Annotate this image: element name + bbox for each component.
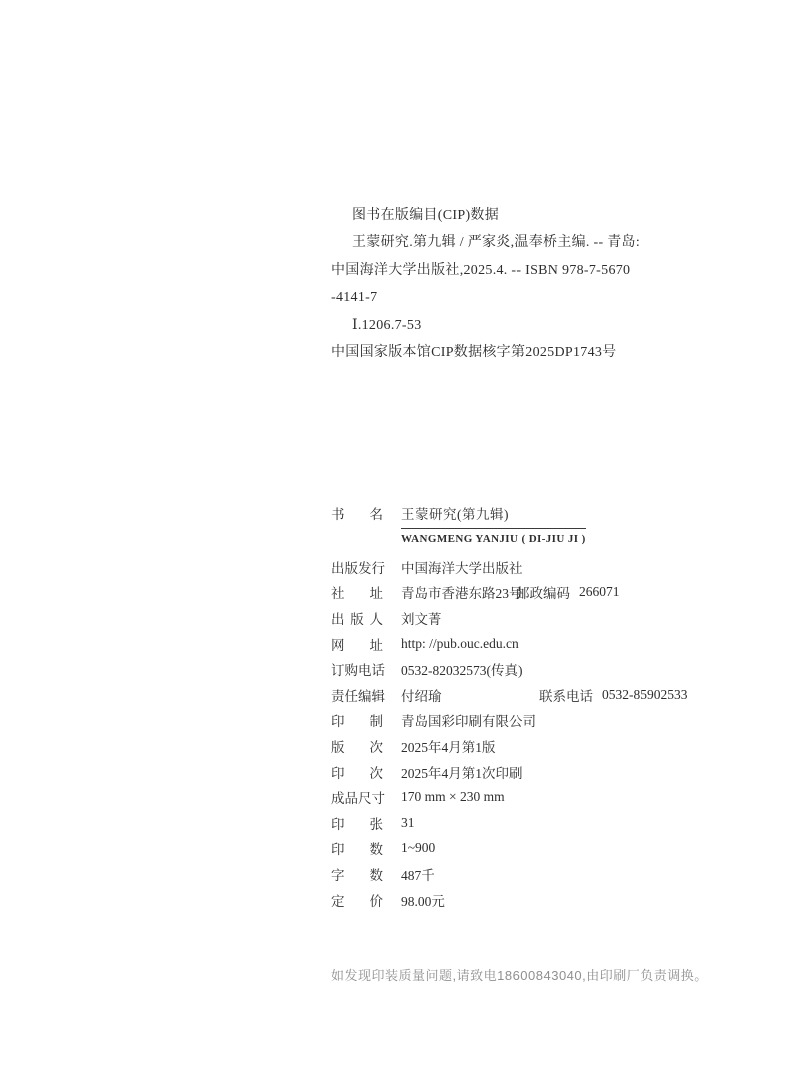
edition-row: 版次 2025年4月第1版 bbox=[331, 733, 761, 759]
row-label: 社址 bbox=[331, 582, 383, 602]
row-label: 书名 bbox=[331, 502, 383, 528]
row-value: 中国海洋大学出版社 bbox=[401, 557, 523, 577]
order-phone-row: 订购电话 0532-82032573(传真) bbox=[331, 656, 761, 682]
cip-heading: 图书在版编目(CIP)数据 bbox=[331, 202, 731, 229]
row-label: 责任编辑 bbox=[331, 685, 383, 705]
row-label: 网址 bbox=[331, 634, 383, 654]
cip-isbn-continued: -4141-7 bbox=[331, 284, 731, 311]
editor-row: 责任编辑 付绍瑜 联系电话 0532-85902533 bbox=[331, 682, 761, 708]
copyright-page: 图书在版编目(CIP)数据 王蒙研究.第九辑 / 严家炎,温奉桥主编. -- 青… bbox=[0, 0, 799, 1073]
row-value: 31 bbox=[401, 815, 415, 831]
publisher-person-row: 出版人 刘文菁 bbox=[331, 605, 761, 631]
row-label: 出版发行 bbox=[331, 557, 383, 577]
book-title-pinyin: WANGMENG YANJIU ( DI-JIU JI ) bbox=[401, 528, 586, 547]
row-value: 付绍瑜 bbox=[401, 685, 539, 705]
postal-code-label: 邮政编码 bbox=[516, 582, 570, 602]
book-title-value: 王蒙研究(第九辑) WANGMENG YANJIU ( DI-JIU JI ) bbox=[401, 502, 586, 547]
contact-phone-value: 0532-85902533 bbox=[602, 687, 688, 703]
row-value: 青岛国彩印刷有限公司 bbox=[401, 710, 536, 730]
row-value: 98.00元 bbox=[401, 890, 445, 910]
quality-complaint-note: 如发现印装质量问题,请致电18600843040,由印刷厂负责调换。 bbox=[331, 965, 708, 984]
cip-entry-line-2: 中国海洋大学出版社,2025.4. -- ISBN 978-7-5670 bbox=[331, 257, 731, 284]
row-label: 字数 bbox=[331, 864, 383, 884]
cip-entry-line-1: 王蒙研究.第九辑 / 严家炎,温奉桥主编. -- 青岛: bbox=[331, 229, 731, 256]
row-value: 2025年4月第1版 bbox=[401, 736, 496, 756]
book-title-row: 书名 王蒙研究(第九辑) WANGMENG YANJIU ( DI-JIU JI… bbox=[331, 502, 761, 554]
printer-row: 印制 青岛国彩印刷有限公司 bbox=[331, 708, 761, 734]
row-label: 版次 bbox=[331, 736, 383, 756]
row-label: 定价 bbox=[331, 890, 383, 910]
row-label: 成品尺寸 bbox=[331, 787, 383, 807]
publisher-row: 出版发行 中国海洋大学出版社 bbox=[331, 554, 761, 580]
row-label: 印次 bbox=[331, 762, 383, 782]
row-label: 印数 bbox=[331, 838, 383, 858]
cip-record-number: 中国国家版本馆CIP数据核字第2025DP1743号 bbox=[331, 339, 731, 366]
cip-class-number: Ⅰ.1206.7-53 bbox=[331, 312, 731, 339]
printing-row: 印次 2025年4月第1次印刷 bbox=[331, 759, 761, 785]
row-value: 0532-82032573(传真) bbox=[401, 659, 523, 679]
row-value: 1~900 bbox=[401, 840, 435, 856]
cip-block: 图书在版编目(CIP)数据 王蒙研究.第九辑 / 严家炎,温奉桥主编. -- 青… bbox=[331, 202, 731, 366]
website-url: http: //pub.ouc.edu.cn bbox=[401, 636, 519, 652]
book-title: 王蒙研究(第九辑) bbox=[401, 502, 509, 528]
row-value: 170 mm × 230 mm bbox=[401, 789, 505, 805]
row-value: 刘文菁 bbox=[401, 608, 442, 628]
row-label: 印张 bbox=[331, 813, 383, 833]
postal-code-value: 266071 bbox=[579, 584, 620, 600]
print-run-row: 印数 1~900 bbox=[331, 836, 761, 862]
row-label: 订购电话 bbox=[331, 659, 383, 679]
row-label: 印制 bbox=[331, 710, 383, 730]
row-value: 青岛市香港东路23号 bbox=[401, 582, 516, 602]
address-row: 社址 青岛市香港东路23号 邮政编码 266071 bbox=[331, 580, 761, 606]
colophon: 书名 王蒙研究(第九辑) WANGMENG YANJIU ( DI-JIU JI… bbox=[331, 502, 761, 912]
row-value: 487千 bbox=[401, 864, 435, 884]
website-row: 网址 http: //pub.ouc.edu.cn bbox=[331, 631, 761, 657]
row-value: 2025年4月第1次印刷 bbox=[401, 762, 523, 782]
size-row: 成品尺寸 170 mm × 230 mm bbox=[331, 784, 761, 810]
sheets-row: 印张 31 bbox=[331, 810, 761, 836]
contact-phone-label: 联系电话 bbox=[539, 685, 593, 705]
row-label: 出版人 bbox=[331, 608, 383, 628]
price-row: 定价 98.00元 bbox=[331, 887, 761, 913]
word-count-row: 字数 487千 bbox=[331, 861, 761, 887]
